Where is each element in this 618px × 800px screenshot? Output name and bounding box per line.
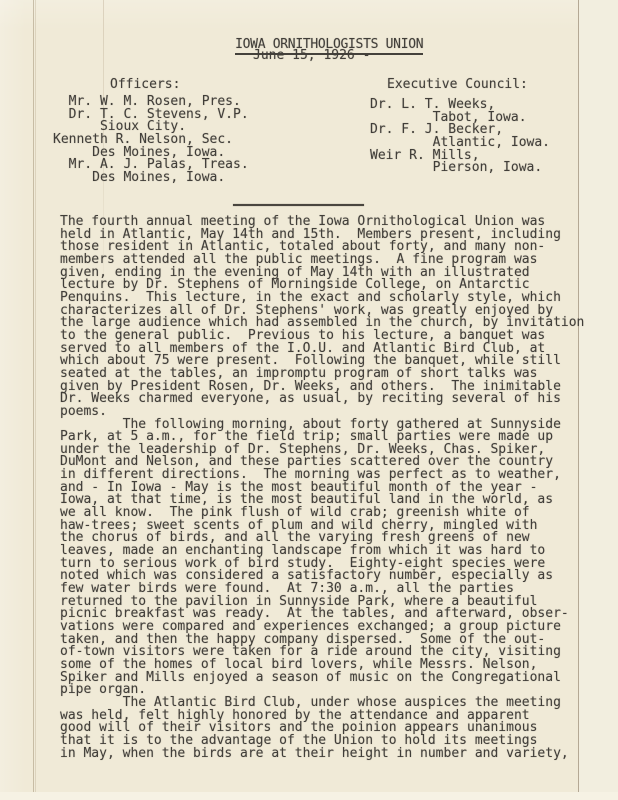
body-paragraph-3: The Atlantic Bird Club, under whose ausp… (60, 697, 584, 760)
body-paragraph-1: The fourth annual meeting of the Iowa Or… (60, 216, 584, 419)
document-body: The fourth annual meeting of the Iowa Or… (60, 216, 584, 760)
paper-crease-left-light (35, 0, 36, 800)
paper-crease-left (33, 0, 34, 800)
page-bottom-edge (0, 792, 618, 800)
document-date: June 15, 1926 - (253, 50, 370, 63)
section-divider (233, 204, 364, 206)
officers-heading: Officers: (110, 79, 180, 92)
executive-council-heading: Executive Council: (387, 79, 528, 92)
executive-council-list: Dr. L. T. Weeks, Tabot, Iowa. Dr. F. J. … (370, 99, 550, 175)
scanned-document-page: IOWA ORNITHOLOGISTS UNION June 15, 1926 … (0, 0, 618, 800)
officers-list: Mr. W. M. Rosen, Pres. Dr. T. C. Stevens… (53, 96, 249, 185)
body-paragraph-2: The following morning, about forty gathe… (60, 419, 584, 697)
